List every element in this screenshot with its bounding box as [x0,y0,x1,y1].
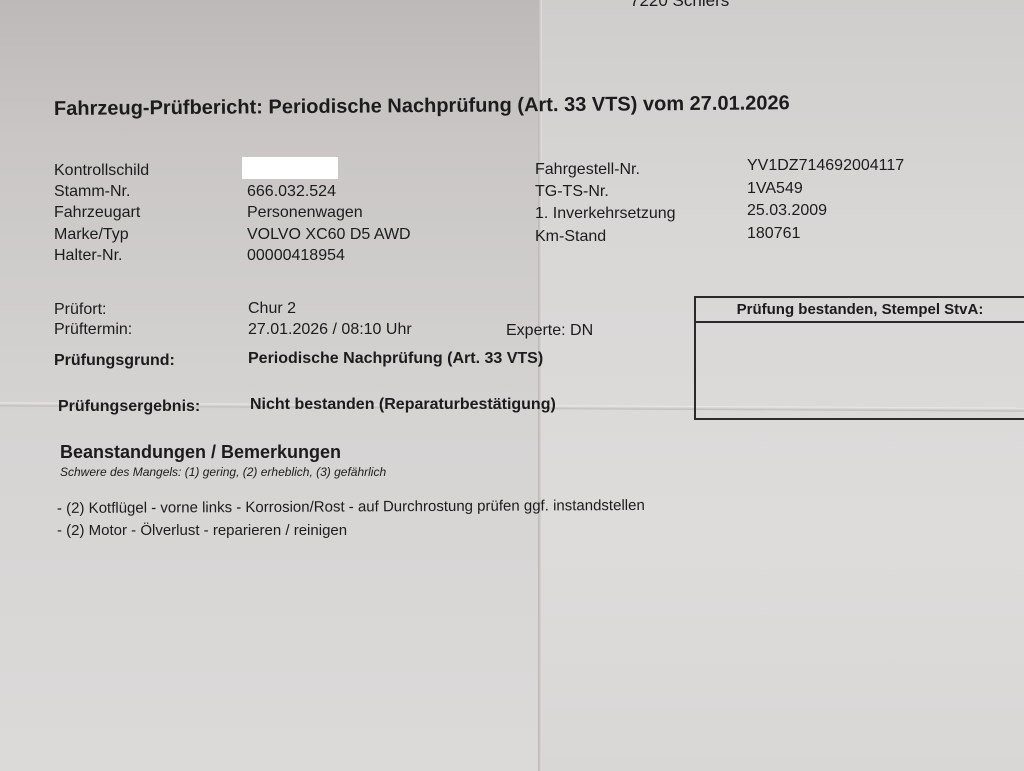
stamp-box: Prüfung bestanden, Stempel StvA: [694,296,1024,420]
label-pruefort: Prüfort: [54,301,106,319]
value-stamm-nr: 666.032.524 [247,183,336,201]
label-marke-typ: Marke/Typ [54,226,129,244]
value-fahrgestell-nr: YV1DZ714692004117 [747,157,904,175]
label-tg-ts-nr: TG-TS-Nr. [535,183,609,201]
stamp-box-title: Prüfung bestanden, Stempel StvA: [696,298,1024,323]
label-kontrollschild: Kontrollschild [54,162,149,180]
defect-item: - (2) Kotflügel - vorne links - Korrosio… [57,497,645,517]
value-pruefort: Chur 2 [248,300,296,318]
redacted-plate [242,157,338,179]
severity-note: Schwere des Mangels: (1) gering, (2) erh… [60,465,386,479]
label-halter-nr: Halter-Nr. [54,247,122,265]
label-inverkehrsetzung: 1. Inverkehrsetzung [535,205,676,223]
value-pruefungsergebnis: Nicht bestanden (Reparaturbestätigung) [250,396,556,414]
value-tg-ts-nr: 1VA549 [747,180,803,198]
address-fragment: 7220 Schiers [630,0,729,11]
label-stamm-nr: Stamm-Nr. [54,183,130,201]
value-experte: Experte: DN [506,322,593,340]
value-fahrzeugart: Personenwagen [247,204,363,222]
defect-item: - (2) Motor - Ölverlust - reparieren / r… [57,522,347,539]
label-fahrgestell-nr: Fahrgestell-Nr. [535,161,640,179]
value-pruefungsgrund: Periodische Nachprüfung (Art. 33 VTS) [248,350,543,368]
value-inverkehrsetzung: 25.03.2009 [747,202,827,220]
label-pruefungsgrund: Prüfungsgrund: [54,352,175,370]
label-km-stand: Km-Stand [535,228,606,246]
label-fahrzeugart: Fahrzeugart [54,204,140,222]
remarks-title: Beanstandungen / Bemerkungen [60,442,341,463]
value-prueftermin: 27.01.2026 / 08:10 Uhr [248,321,412,339]
value-halter-nr: 00000418954 [247,247,345,265]
value-km-stand: 180761 [747,225,800,243]
value-marke-typ: VOLVO XC60 D5 AWD [247,226,411,244]
label-pruefungsergebnis: Prüfungsergebnis: [58,398,200,416]
label-prueftermin: Prüftermin: [54,321,132,339]
